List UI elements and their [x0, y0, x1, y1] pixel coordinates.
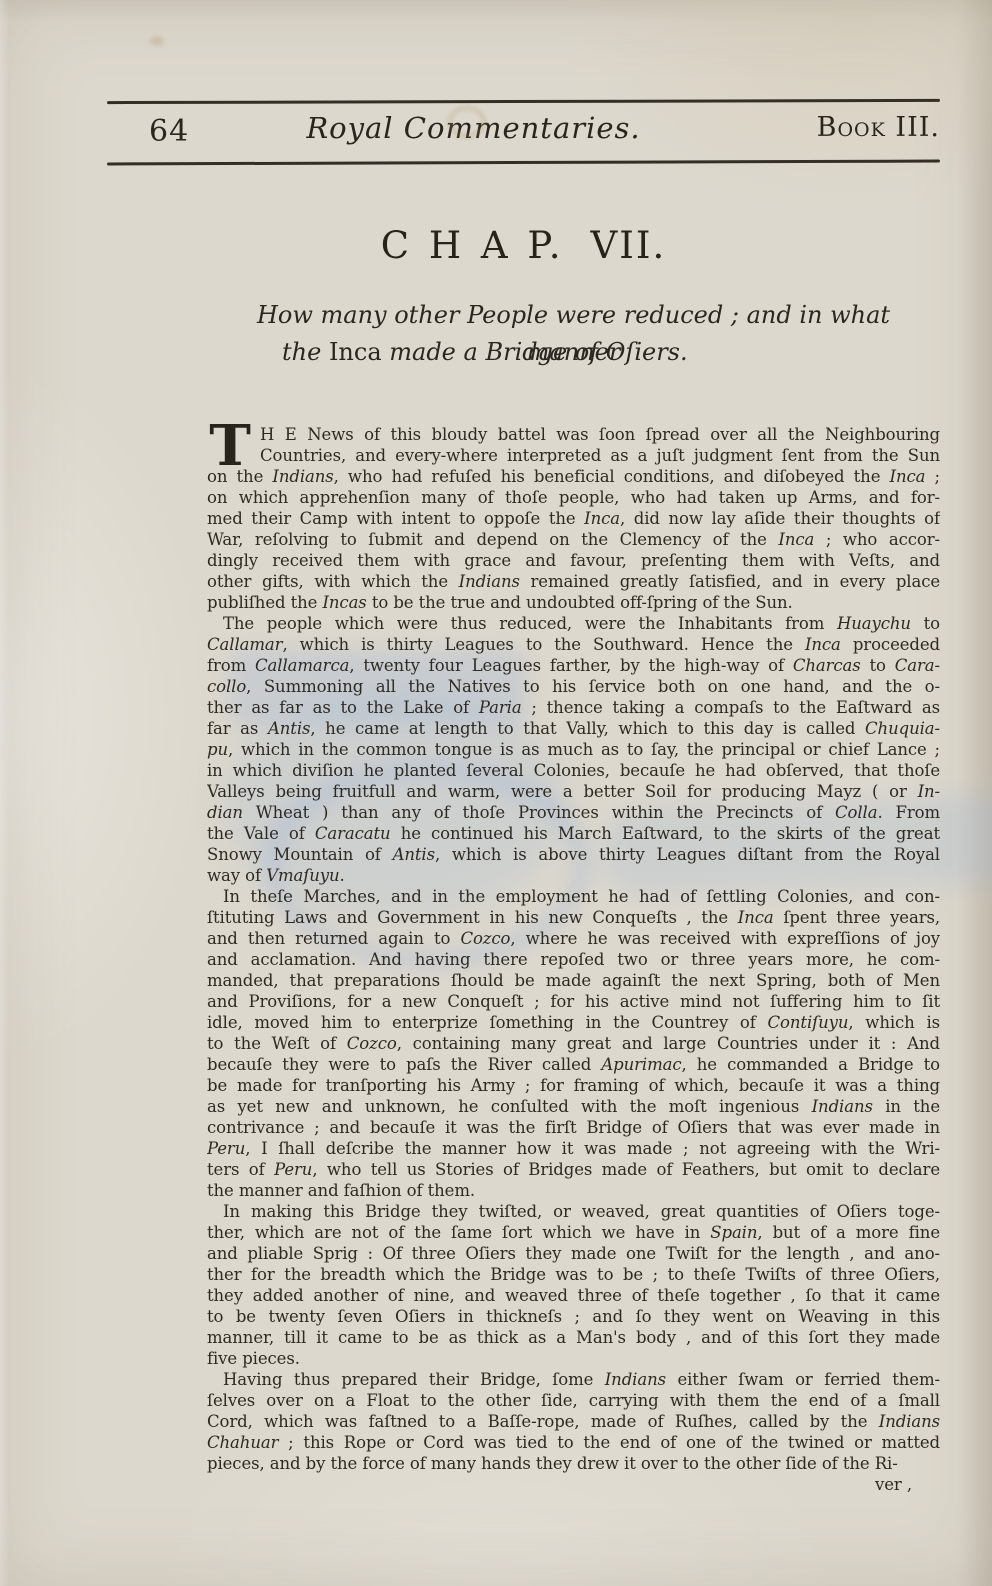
paper-stain [150, 36, 164, 46]
text-line: and pliable Sprig : Of three Oſiers they… [207, 1243, 940, 1264]
text-line: Cord, which was faſtned to a Baſſe-rope,… [207, 1411, 940, 1432]
text-line: on the Indians, who had refuſed his bene… [207, 466, 940, 487]
book-label: Book III. [817, 112, 940, 143]
text-line: to the Weſt of Cozco, containing many gr… [207, 1033, 940, 1054]
text-line: other gifts, with which the Indians rema… [207, 571, 940, 592]
body-text: TH E News of this bloudy battel was ſoon… [207, 424, 940, 1495]
text-line: ther for the breadth which the Bridge wa… [207, 1264, 940, 1285]
header-rule-bottom [107, 160, 940, 166]
text-line: and then returned again to Cozco, where … [207, 928, 940, 949]
header-rule-top [107, 99, 940, 104]
text-line: manded, that preparations ſhould be made… [207, 970, 940, 991]
text-line: be made for tranſporting his Army ; for … [207, 1075, 940, 1096]
text-line: In theſe Marches, and in the employment … [207, 886, 940, 907]
text-line: Valleys being fruitfull and warm, were a… [207, 781, 940, 802]
page-header: 64 Royal Commentaries. Book III. [107, 106, 940, 158]
text-line: and acclamation. And having there repoſe… [207, 949, 940, 970]
text-line: becauſe they were to paſs the River call… [207, 1054, 940, 1075]
text-line: contrivance ; and becauſe it was the fir… [207, 1117, 940, 1138]
text-line: ther as far as to the Lake of Paria ; th… [207, 697, 940, 718]
text-line: publiſhed the Incas to be the true and u… [207, 592, 940, 613]
drop-cap: T [207, 424, 253, 466]
text-line: ther, which are not of the ſame ſort whi… [207, 1222, 940, 1243]
running-title: Royal Commentaries. [107, 111, 840, 145]
text-line: five pieces. [207, 1348, 940, 1369]
text-line: from Callamarca, twenty four Leagues far… [207, 655, 940, 676]
text-line: the manner and faſhion of them. [207, 1180, 940, 1201]
text-line: manner, till it came to be as thick as a… [207, 1327, 940, 1348]
text-line: Callamar, which is thirty Leagues to the… [207, 634, 940, 655]
text-line: The people which were thus reduced, were… [207, 613, 940, 634]
subtitle-line: How many other People were reduced ; and… [207, 297, 940, 334]
text-line: ſelves over on a Float to the other ſide… [207, 1390, 940, 1411]
text-line: Chahuar ; this Rope or Cord was tied to … [207, 1432, 940, 1453]
text-line: collo, Summoning all the Natives to his … [207, 676, 940, 697]
text-line: pu, which in the common tongue is as muc… [207, 739, 940, 760]
text-line: In making this Bridge they twiſted, or w… [207, 1201, 940, 1222]
text-line: dingly received them with grace and favo… [207, 550, 940, 571]
paragraph: The people which were thus reduced, were… [207, 613, 940, 886]
chapter-subtitle: How many other People were reduced ; and… [207, 297, 940, 371]
text-line: the Vale of Caracatu he continued his Ma… [207, 823, 940, 844]
text-line: they added another of nine, and weaved t… [207, 1285, 940, 1306]
chapter-heading: C H A P.VII. [107, 224, 940, 267]
paragraph: TH E News of this bloudy battel was ſoon… [207, 424, 940, 613]
text-line: ſtituting Laws and Government in his new… [207, 907, 940, 928]
text-line: med their Camp with intent to oppoſe the… [207, 508, 940, 529]
text-line: way of Vmaſuyu. [207, 865, 940, 886]
text-line: as yet new and unknown, he conſulted wit… [207, 1096, 940, 1117]
chapter-heading-word: C H A P. [381, 224, 565, 267]
text-line: Having thus prepared their Bridge, ſome … [207, 1369, 940, 1390]
text-line: idle, moved him to enterprize ſomething … [207, 1012, 940, 1033]
text-line: Peru, I ſhall deſcribe the manner how it… [207, 1138, 940, 1159]
text-line: H E News of this bloudy battel was ſoon … [260, 424, 940, 445]
text-line: War, reſolving to ſubmit and depend on t… [207, 529, 940, 550]
text-line: far as Antis, he came at length to that … [207, 718, 940, 739]
text-line: ters of Peru, who tell us Stories of Bri… [207, 1159, 940, 1180]
text-line: pieces, and by the force of many hands t… [207, 1453, 940, 1474]
text-line: in which diviſion he planted ſeveral Col… [207, 760, 940, 781]
subtitle-line: the Inca made a Bridge of Oſiers. [207, 334, 940, 371]
book-page-scan: 64 Royal Commentaries. Book III. C H A P… [0, 0, 992, 1586]
text-line: Snowy Mountain of Antis, which is above … [207, 844, 940, 865]
text-line: Countries, and every-where interpreted a… [260, 445, 940, 466]
paragraph: Having thus prepared their Bridge, ſome … [207, 1369, 940, 1474]
text-line: and Proviſions, for a new Conqueſt ; for… [207, 991, 940, 1012]
paragraph: In making this Bridge they twiſted, or w… [207, 1201, 940, 1369]
paragraph: In theſe Marches, and in the employment … [207, 886, 940, 1201]
catchword: ver , [207, 1474, 940, 1495]
text-line: dian Wheat ) than any of thoſe Provinces… [207, 802, 940, 823]
chapter-heading-numeral: VII. [591, 224, 667, 267]
text-line: to be twenty ſeven Oſiers in thickneſs ;… [207, 1306, 940, 1327]
text-line: on which apprehenſion many of thoſe peop… [207, 487, 940, 508]
